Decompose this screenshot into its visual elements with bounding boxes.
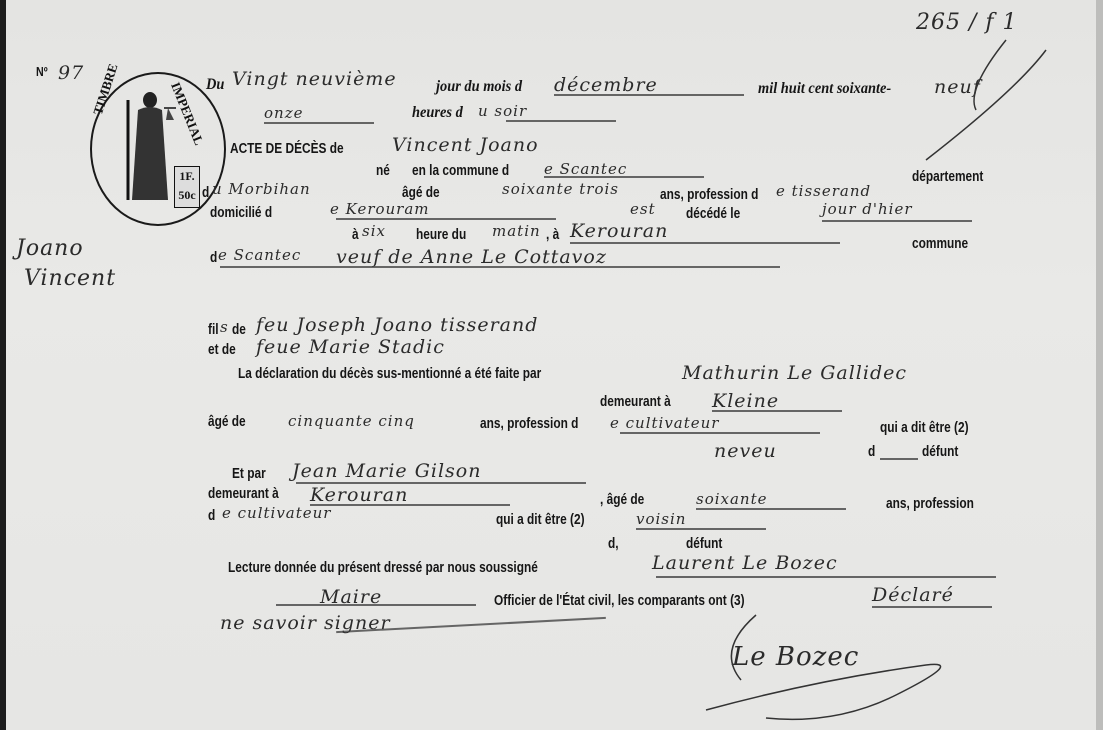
hour-value: onze bbox=[264, 104, 303, 122]
label-age-de-2: âgé de bbox=[208, 414, 246, 430]
label-demeurant-a: demeurant à bbox=[600, 394, 671, 410]
label-officier: Officier de l'État civil, les comparants… bbox=[494, 593, 745, 609]
label-commune: commune bbox=[912, 236, 968, 252]
label-age-de: âgé de bbox=[402, 185, 440, 201]
declarant-1-age: cinquante cinq bbox=[288, 412, 415, 430]
signature-flourish-icon bbox=[696, 610, 976, 730]
death-place: Kerouran bbox=[570, 220, 668, 242]
death-hour: six bbox=[362, 222, 386, 240]
label-du: Du bbox=[206, 76, 224, 94]
label-age-de-3: , âgé de bbox=[600, 492, 644, 508]
death-record-page: Nº 97 265 / f 1 TIMBRE IMPERIAL 1F. 50c … bbox=[6, 0, 1096, 730]
label-et-de: et de bbox=[208, 342, 236, 358]
label-ne: né bbox=[376, 163, 390, 179]
margin-firstname: Vincent bbox=[24, 266, 116, 291]
imperial-tax-stamp: TIMBRE IMPERIAL 1F. 50c bbox=[90, 72, 226, 226]
domicile-value: e Kerouram bbox=[330, 200, 430, 218]
label-demeurant-a-2: demeurant à bbox=[208, 486, 279, 502]
deceased-profession: e tisserand bbox=[776, 182, 871, 200]
father-name: feu Joseph Joano tisserand bbox=[256, 314, 538, 336]
margin-surname: Joano bbox=[16, 236, 84, 261]
label-acte-de-deces: ACTE DE DÉCÈS de bbox=[230, 141, 344, 157]
deceased-name: Vincent Joano bbox=[392, 134, 539, 156]
label-et-par: Et par bbox=[232, 466, 266, 482]
stamp-value: 1F. 50c bbox=[174, 166, 200, 208]
declarant-2-name: Jean Marie Gilson bbox=[292, 460, 481, 482]
label-lecture: Lecture donnée du présent dressé par nou… bbox=[228, 560, 538, 576]
label-d-dept: d bbox=[202, 185, 209, 201]
declarant-1-profession: e cultivateur bbox=[610, 414, 719, 432]
label-departement: département bbox=[912, 169, 983, 185]
officer-name: Laurent Le Bozec bbox=[652, 552, 838, 574]
label-d-defunt-2: d, bbox=[608, 536, 619, 552]
record-number-label: Nº bbox=[36, 64, 48, 79]
hour-period: u soir bbox=[478, 102, 527, 120]
deceased-age: soixante trois bbox=[502, 180, 619, 198]
label-domicilie: domicilié d bbox=[210, 205, 272, 221]
label-ans-profession: ans, profession d bbox=[660, 187, 758, 203]
label-d-prof-2: d bbox=[208, 508, 215, 524]
label-heure-du: heure du bbox=[416, 227, 466, 243]
death-period: matin bbox=[492, 222, 541, 240]
label-d-defunt: d bbox=[868, 444, 875, 460]
death-day: jour d'hier bbox=[822, 200, 913, 218]
label-fil: fil bbox=[208, 322, 219, 338]
scan-edge-right bbox=[1096, 0, 1103, 730]
record-number: 97 bbox=[58, 62, 84, 84]
stamp-left-text: TIMBRE bbox=[90, 62, 122, 117]
declared-value: Déclaré bbox=[872, 584, 954, 606]
scan-edge-left bbox=[0, 0, 6, 730]
marital-status: veuf de Anne Le Cottavoz bbox=[336, 246, 607, 268]
declarant-1-name: Mathurin Le Gallidec bbox=[682, 362, 907, 384]
month-value: décembre bbox=[554, 74, 658, 96]
justice-figure-icon bbox=[124, 90, 176, 208]
label-qui-a-dit-etre: qui a dit être (2) bbox=[880, 420, 969, 436]
est-value: est bbox=[630, 200, 656, 218]
birth-department: u Morbihan bbox=[212, 180, 311, 198]
declarant-1-relation: neveu bbox=[714, 440, 777, 462]
fils-suffix: s bbox=[220, 318, 229, 336]
label-declaration: La déclaration du décès sus-mentionné a … bbox=[238, 366, 541, 382]
label-heures: heures d bbox=[412, 104, 463, 122]
declarant-2-age: soixante bbox=[696, 490, 768, 508]
mother-name: feue Marie Stadic bbox=[256, 336, 445, 358]
label-d-commune: d bbox=[210, 250, 217, 266]
label-year: mil huit cent soixante- bbox=[758, 80, 891, 98]
declarant-1-residence: Kleine bbox=[712, 390, 779, 412]
label-en-la-commune: en la commune d bbox=[412, 163, 509, 179]
label-defunt-2: défunt bbox=[686, 536, 722, 552]
label-a: à bbox=[352, 227, 359, 243]
label-a-comma: , à bbox=[546, 227, 559, 243]
label-defunt: défunt bbox=[922, 444, 958, 460]
label-ans-profession-3: ans, profession bbox=[886, 496, 974, 512]
label-de-father: de bbox=[232, 322, 246, 338]
label-qui-a-dit-etre-2: qui a dit être (2) bbox=[496, 512, 585, 528]
label-decede-le: décédé le bbox=[686, 206, 740, 222]
declarant-2-relation: voisin bbox=[636, 510, 686, 528]
label-jour-du-mois: jour du mois d bbox=[436, 78, 522, 96]
declarant-2-residence: Kerouran bbox=[310, 484, 408, 506]
day-value: Vingt neuvième bbox=[232, 68, 397, 90]
declarant-2-profession: e cultivateur bbox=[222, 504, 331, 522]
flourish-icon bbox=[906, 30, 1066, 170]
label-ans-profession-2: ans, profession d bbox=[480, 416, 578, 432]
commune-name: e Scantec bbox=[218, 246, 301, 264]
